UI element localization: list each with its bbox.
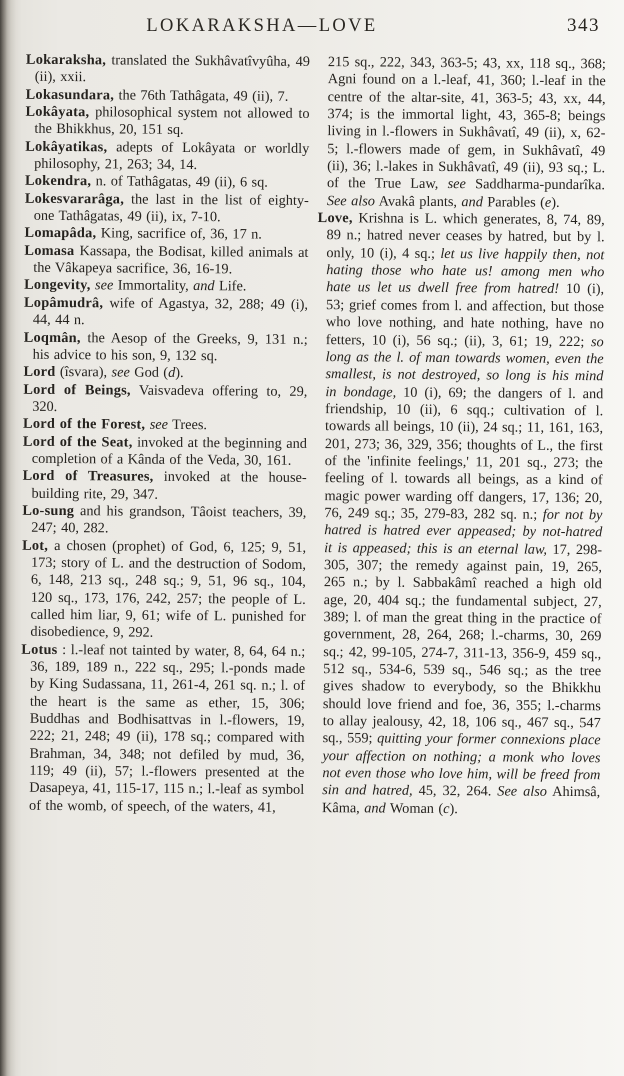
- entry-italic-text: See also: [497, 784, 547, 800]
- entry-headword: Loqmân,: [24, 329, 81, 345]
- entry-text: God (: [130, 365, 168, 381]
- entry-headword: Lord: [23, 364, 55, 380]
- entry-text: 10 (i), 69; the dangers of l. and friend…: [324, 384, 603, 523]
- index-entry: Lot, a chosen (prophet) of God, 6, 125; …: [21, 537, 306, 643]
- entry-text: Avakâ plants,: [375, 193, 462, 210]
- entry-headword: Lopâmudrâ,: [24, 295, 103, 312]
- entry-text: Woman (: [386, 800, 444, 816]
- entry-headword: Lot,: [22, 537, 48, 553]
- entry-italic-text: see: [112, 365, 130, 381]
- entry-headword: Lokesvararâga,: [25, 190, 124, 207]
- entry-text: Parables (: [483, 194, 545, 210]
- entry-text: (îsvara),: [55, 364, 111, 380]
- index-column-left: Lokaraksha, translated the Sukhâvatîvyûh…: [20, 52, 310, 817]
- index-entry: Lord of the Seat, invoked at the beginni…: [23, 433, 307, 470]
- index-entry: Lord of Beings, Vaisvadeva offering to, …: [23, 381, 307, 418]
- index-entry: Lord (îsvara), see God (d).: [23, 364, 307, 384]
- index-entry: Lokendra, n. of Tathâgatas, 49 (ii), 6 s…: [25, 173, 309, 193]
- entry-headword: Love,: [318, 210, 353, 226]
- entry-headword: Lord of the Seat,: [23, 433, 133, 450]
- index-entry: Lotus : l.-leaf not tainted by water, 8,…: [20, 641, 305, 817]
- entry-headword: Lokâyata,: [25, 104, 89, 121]
- index-entry: Lord of Treasures, invoked at the house-…: [22, 468, 306, 505]
- index-entry: Lokâyatikas, adepts of Lokâyata or world…: [25, 138, 309, 175]
- entry-headword: Lokaraksha,: [26, 52, 106, 69]
- entry-text: ).: [175, 365, 183, 381]
- index-entry-continuation: 215 sq., 222, 343, 363-5; 43, xx, 118 sq…: [318, 54, 606, 212]
- entry-italic-text: See also: [327, 193, 375, 209]
- index-entry: Longevity, see Immortality, and Life.: [24, 277, 308, 297]
- index-entry: Loqmân, the Aesop of the Greeks, 9, 131 …: [24, 329, 308, 366]
- entry-text: Trees.: [168, 417, 207, 433]
- entry-headword: Lord of the Forest,: [23, 416, 145, 433]
- entry-text: n. of Tathâgatas, 49 (ii), 6 sq.: [91, 174, 268, 191]
- entry-text: : l.-leaf not tainted by water, 8, 64, 6…: [29, 642, 305, 816]
- entry-headword: Lokendra,: [25, 173, 91, 190]
- entry-text: King, sacrifice of, 36, 17 n.: [96, 226, 262, 243]
- index-entry: Lomapâda, King, sacrifice of, 36, 17 n.: [25, 225, 309, 245]
- page-gutter-shadow: [0, 0, 16, 1076]
- entry-italic-text: and: [189, 278, 215, 294]
- page-number: 343: [567, 15, 600, 37]
- index-columns: Lokaraksha, translated the Sukhâvatîvyûh…: [20, 52, 606, 820]
- entry-text: a chosen (prophet) of God, 6, 125; 9, 51…: [30, 538, 306, 642]
- index-entry: Lopâmudrâ, wife of Agastya, 32, 288; 49 …: [24, 295, 308, 332]
- running-title: LOKARAKSHA—LOVE: [0, 16, 524, 37]
- entry-text: 215 sq., 222, 343, 363-5; 43, xx, 118 sq…: [327, 54, 606, 192]
- entry-text: 45, 32, 264.: [413, 783, 498, 800]
- index-entry: Love, Krishna is L. which generates, 8, …: [313, 210, 605, 819]
- entry-headword: Lokâyatikas,: [25, 138, 107, 155]
- index-entry: Lokâyata, philosophical system not allow…: [25, 104, 309, 141]
- index-column-right: 215 sq., 222, 343, 363-5; 43, xx, 118 sq…: [313, 54, 606, 819]
- entry-italic-text: and: [461, 194, 483, 210]
- entry-text: ).: [449, 801, 457, 817]
- entry-text: 17, 298-305, 307; the remedy against pai…: [323, 541, 603, 746]
- entry-italic-text: see: [91, 278, 114, 294]
- entry-text: ).: [551, 195, 559, 211]
- entry-text: Kassapa, the Bodisat, killed animals at …: [33, 243, 308, 278]
- index-entry: Lokaraksha, translated the Sukhâvatîvyûh…: [26, 52, 310, 89]
- index-entry: Lord of the Forest, see Trees.: [23, 416, 307, 436]
- index-entry: Lo-sung and his grandson, Tâoist teacher…: [22, 503, 306, 540]
- entry-text: Saddharma-pundarîka.: [466, 177, 605, 194]
- index-entry: Lokasundara, the 76th Tathâgata, 49 (ii)…: [26, 86, 310, 106]
- entry-headword: Lomasa: [24, 242, 74, 258]
- entry-italic-text: and: [364, 800, 386, 816]
- entry-headword: Lord of Treasures,: [23, 468, 154, 485]
- entry-headword: Lord of Beings,: [23, 381, 131, 398]
- book-page: LOKARAKSHA—LOVE 343 Lokaraksha, translat…: [0, 0, 624, 1076]
- entry-headword: Longevity,: [24, 277, 91, 294]
- entry-text: the 76th Tathâgata, 49 (ii), 7.: [114, 87, 288, 104]
- index-entry: Lokesvararâga, the last in the list of e…: [25, 190, 309, 227]
- entry-text: Immortality,: [113, 278, 188, 295]
- entry-headword: Lo-sung: [22, 503, 74, 519]
- entry-headword: Lomapâda,: [25, 225, 97, 242]
- entry-italic-text: see: [448, 176, 466, 192]
- index-entry: Lomasa Kassapa, the Bodisat, killed anim…: [24, 242, 308, 279]
- entry-headword: Lotus: [21, 641, 57, 657]
- entry-italic-text: see: [145, 417, 168, 433]
- entry-headword: Lokasundara,: [26, 86, 115, 103]
- entry-text: Life.: [215, 279, 247, 295]
